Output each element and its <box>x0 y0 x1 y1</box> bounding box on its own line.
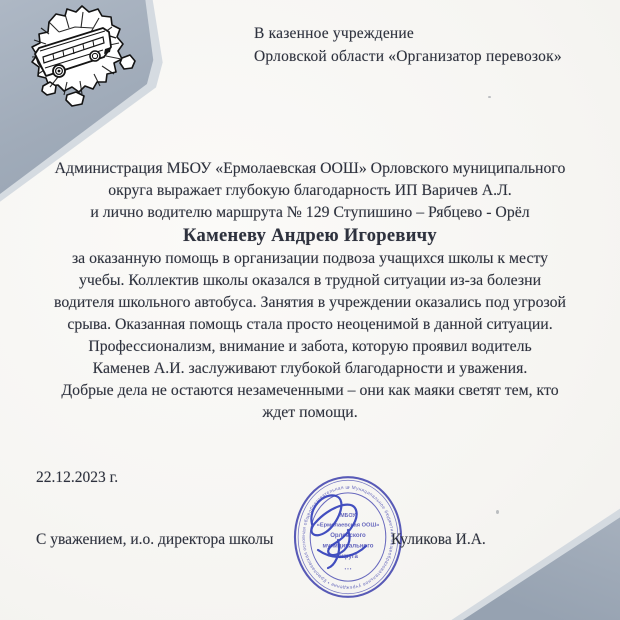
body-line: ждет помощи. <box>22 402 598 424</box>
signer-name: Куликова И.А. <box>391 531 486 549</box>
body-line: Профессионализм, внимание и забота, кото… <box>22 336 598 358</box>
paragraph-main: за оказанную помощь в организации подвоз… <box>22 248 598 424</box>
body-line: за оказанную помощь в организации подвоз… <box>22 248 598 270</box>
addressee-block: В казенное учреждение Орловской области … <box>254 22 594 68</box>
addressee-line-1: В казенное учреждение <box>254 22 594 45</box>
body-line: учебы. Коллектив школы оказался в трудно… <box>22 270 598 292</box>
signoff-text: С уважением, и.о. директора школы <box>36 531 273 549</box>
paragraph-intro: Администрация МБОУ «Ермолаевская ООШ» Ор… <box>22 158 598 224</box>
letter-body: Администрация МБОУ «Ермолаевская ООШ» Ор… <box>22 158 598 424</box>
addressee-line-2: Орловской области «Организатор перевозок… <box>254 45 594 68</box>
letter-date: 22.12.2023 г. <box>36 469 118 487</box>
body-line: Каменев А.И. заслуживают глубокой благод… <box>22 358 598 380</box>
paper-speck <box>496 510 499 514</box>
body-line: Администрация МБОУ «Ермолаевская ООШ» Ор… <box>22 158 598 180</box>
body-line: и лично водителю маршрута № 129 Ступишин… <box>22 202 598 224</box>
paper-speck <box>488 96 491 98</box>
body-line: Добрые дела не остаются незамеченными – … <box>22 380 598 402</box>
body-line: водителя школьного автобуса. Занятия в у… <box>22 292 598 314</box>
body-line: срыва. Оказанная помощь стала просто нео… <box>22 314 598 336</box>
body-line: округа выражает глубокую благодарность И… <box>22 180 598 202</box>
scanned-letter-page: В казенное учреждение Орловской области … <box>0 0 620 620</box>
region-map-bus-logo-icon <box>15 2 137 108</box>
handwritten-signature <box>294 480 394 580</box>
recipient-name: Каменеву Андрею Игоревичу <box>22 224 598 248</box>
